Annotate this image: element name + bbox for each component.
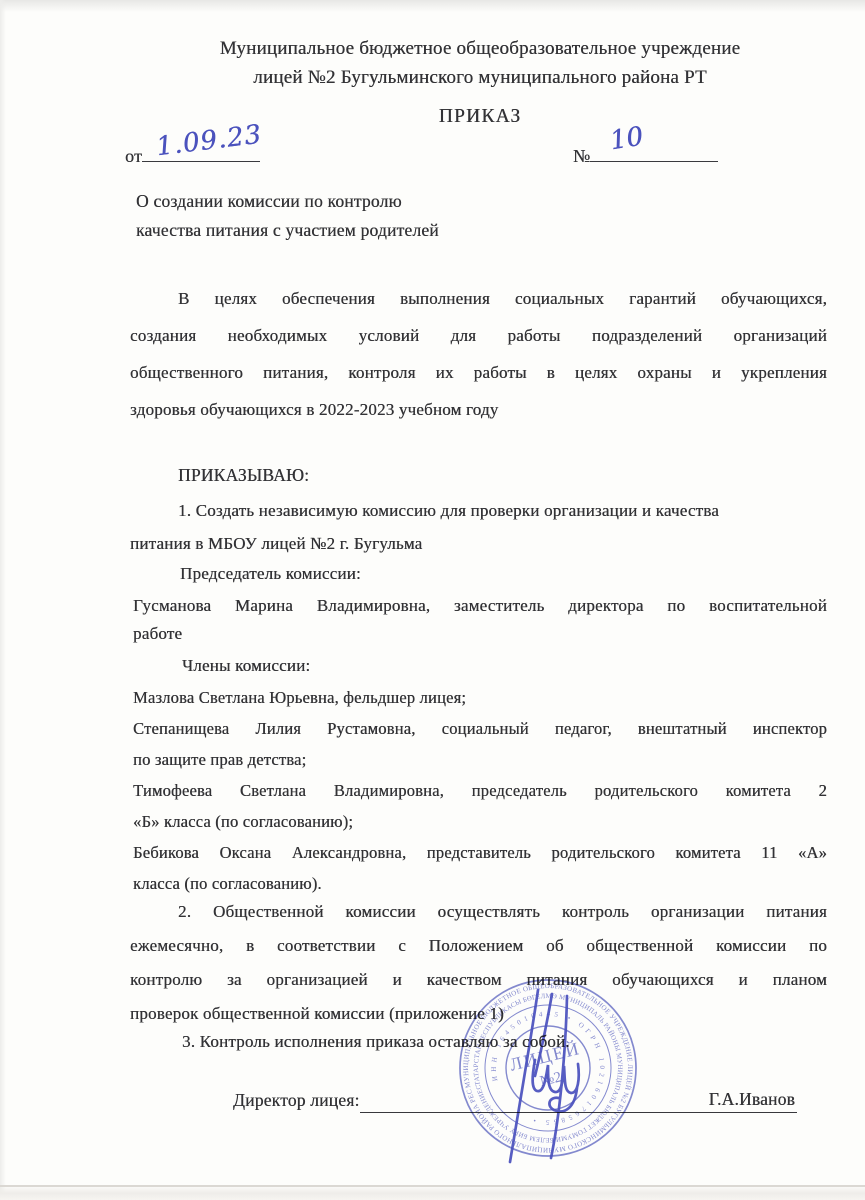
org-name-line: лицей №2 Бугульминского муниципального р…: [130, 63, 830, 92]
preamble-paragraph: В целях обеспечения выполнения социальны…: [130, 280, 827, 428]
signatory-name: Г.А.Иванов: [709, 1089, 797, 1109]
doc-subject: О создании комиссии по контролю качества…: [136, 187, 439, 245]
members-heading: Члены комиссии:: [130, 650, 310, 682]
member-entry: «Б» класса (по согласованию);: [133, 806, 827, 837]
text-line: создания необходимых условий для работы …: [130, 317, 827, 354]
text-line: питания в МБОУ лицей №2 г. Бугульма: [130, 527, 827, 560]
order-item-1: 1. Создать независимую комиссию для пров…: [130, 494, 827, 560]
text-line: Гусманова Марина Владимировна, заместите…: [133, 592, 827, 620]
org-name-line: Муниципальное бюджетное общеобразователь…: [130, 34, 830, 63]
text-line: В целях обеспечения выполнения социальны…: [130, 280, 827, 317]
member-entry: Тимофеева Светлана Владимировна, председ…: [133, 775, 827, 806]
resolve-heading: ПРИКАЗЫВАЮ:: [130, 458, 309, 492]
org-header: Муниципальное бюджетное общеобразователь…: [130, 34, 830, 92]
text-line: здоровья обучающихся в 2022-2023 учебном…: [130, 391, 827, 428]
subject-line: качества питания с участием родителей: [136, 216, 439, 245]
date-label: от: [125, 146, 142, 166]
scanned-order-document: Муниципальное бюджетное общеобразователь…: [0, 0, 865, 1200]
stamp-center-text: ЛИЦЕЙ: [508, 1038, 583, 1075]
text-line: 2. Общественной комиссии осуществлять ко…: [130, 895, 827, 929]
text-line: общественного питания, контроля их работ…: [130, 354, 827, 391]
scan-edge-top: [0, 0, 865, 12]
number-label: №: [573, 146, 590, 166]
member-entry: по защите прав детства;: [133, 744, 827, 775]
member-entry: Бебикова Оксана Александровна, представи…: [133, 837, 827, 868]
number-value-handwritten: 10: [608, 122, 645, 157]
scan-edge-left: [0, 0, 6, 1200]
text-line: 1. Создать независимую комиссию для пров…: [130, 494, 827, 527]
member-entry: Степанищева Лилия Рустамовна, социальный…: [133, 713, 827, 744]
text-line: ежемесячно, в соответствии с Положением …: [130, 929, 827, 963]
signature-label: Директор лицея:: [233, 1087, 360, 1113]
members-list: Мазлова Светлана Юрьевна, фельдшер лицея…: [133, 682, 827, 899]
subject-line: О создании комиссии по контролю: [136, 187, 439, 216]
number-field: №: [573, 141, 718, 167]
chair-entry: Гусманова Марина Владимировна, заместите…: [133, 592, 827, 648]
stamp-seal: МУНИЦИПАЛЬНОЕ БЮДЖЕТНОЕ ОБЩЕОБРАЗОВАТЕЛЬ…: [448, 962, 648, 1174]
scan-edge-bottom: [0, 1185, 865, 1200]
member-entry: Мазлова Светлана Юрьевна, фельдшер лицея…: [133, 682, 827, 713]
number-underline: [590, 141, 718, 162]
text-line: работе: [133, 620, 827, 648]
chair-heading: Председатель комиссии:: [130, 558, 361, 590]
